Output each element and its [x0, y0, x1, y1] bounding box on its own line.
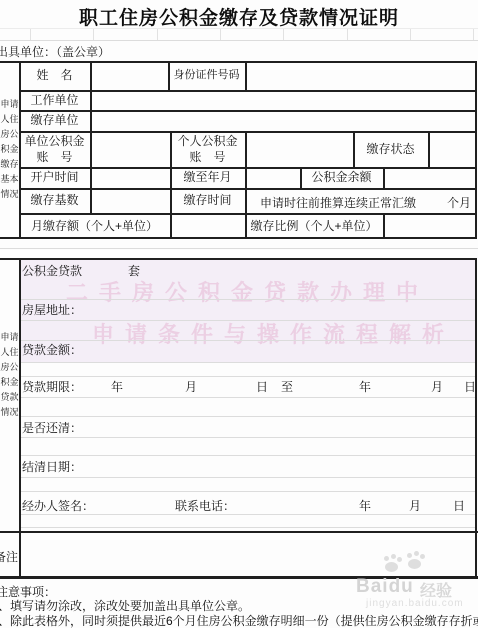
- term-day1-label: 日: [256, 378, 268, 395]
- grid-line: [21, 455, 475, 456]
- contact-phone-label: 联系电话：: [175, 497, 235, 514]
- section1-side-label: 申请人住房公积金缴存基本情况: [0, 63, 19, 271]
- page-title: 职工住房公积金缴存及贷款情况证明: [0, 3, 478, 30]
- work-unit-value-cell[interactable]: [92, 92, 473, 108]
- deposit-time-note: 申请时往前推算连续正常汇缴: [260, 194, 416, 211]
- open-date-label: 开户时间: [19, 167, 90, 188]
- monthly-amount-label: 月缴存额（个人+单位）: [19, 213, 170, 239]
- loan-count-value-cell[interactable]: [90, 260, 125, 276]
- id-number-value-cell[interactable]: [247, 63, 473, 88]
- personal-account-label: 个人公积金 账 号: [170, 131, 245, 167]
- term-year2-label: 年: [359, 378, 371, 395]
- deposit-status-value-cell[interactable]: [430, 133, 473, 165]
- deposit-unit-value-cell[interactable]: [92, 112, 473, 129]
- months-suffix: 个月: [447, 194, 471, 211]
- paw-icon: [384, 556, 389, 561]
- term-day2-label: 日: [464, 378, 476, 395]
- paw-icon: [397, 557, 402, 562]
- grid-line: [21, 362, 475, 363]
- grid-line: [21, 376, 475, 377]
- loan-unit-label: 套: [128, 262, 140, 279]
- personal-account-line1: 个人公积金: [177, 133, 237, 149]
- unit-account-label: 单位公积金 账 号: [19, 131, 90, 167]
- sign-month-label: 月: [409, 497, 421, 514]
- grid-line: [220, 29, 221, 40]
- deposit-base-label: 缴存基数: [19, 188, 90, 213]
- deposit-time-label: 缴存时间: [170, 188, 245, 213]
- grid-line: [410, 29, 411, 40]
- term-year1-label: 年: [111, 378, 123, 395]
- table-border: [0, 258, 477, 260]
- baidu-logo-text: Baidu: [356, 576, 414, 598]
- grid-line: [0, 248, 478, 249]
- sign-year-label: 年: [359, 497, 371, 514]
- issuer-line: 出具单位：（盖公章）: [0, 43, 110, 60]
- term-to-label: 至: [281, 378, 293, 395]
- balance-value-cell[interactable]: [385, 169, 473, 186]
- term-month2-label: 月: [431, 378, 443, 395]
- paw-icon: [391, 554, 396, 559]
- paw-icon: [414, 551, 419, 556]
- personal-account-value-cell[interactable]: [247, 133, 351, 165]
- grid-line: [21, 397, 475, 398]
- grid-line: [157, 29, 158, 40]
- house-address-label: 房屋地址：: [22, 301, 82, 318]
- deposit-ratio-value-cell[interactable]: [385, 215, 473, 235]
- grid-line: [21, 527, 475, 528]
- grid-line: [21, 416, 475, 417]
- grid-line: [283, 29, 284, 40]
- loan-label: 公积金贷款: [22, 262, 82, 279]
- paw-icon: [385, 562, 398, 572]
- unit-account-line2: 账 号: [36, 149, 72, 165]
- grid-line: [93, 29, 94, 40]
- notes-item-2: 二、除此表格外，同时须提供最近6个月住房公积金缴存明细一份（提供住房公积金缴存存…: [0, 612, 478, 628]
- grid-line: [347, 29, 348, 40]
- term-month1-label: 月: [185, 378, 197, 395]
- grid-line: [21, 320, 475, 321]
- table-border: [475, 531, 477, 578]
- paid-off-label: 是否还清：: [22, 419, 82, 436]
- remark-value-cell[interactable]: [21, 533, 473, 576]
- paid-to-label: 缴至年月: [170, 167, 245, 188]
- deposit-unit-label: 缴存单位: [19, 110, 90, 131]
- monthly-amount-value-cell[interactable]: [172, 215, 243, 235]
- loan-amount-label: 贷款金额：: [22, 341, 82, 358]
- table-border: [475, 61, 477, 239]
- deposit-base-value-cell[interactable]: [92, 190, 168, 211]
- loan-term-label: 贷款期限：: [22, 378, 82, 395]
- loan-amount-value-cell[interactable]: [85, 340, 473, 358]
- paw-icon: [407, 553, 412, 558]
- paid-off-value-cell[interactable]: [85, 418, 473, 436]
- baidu-url-text: jingyan.baidu.com: [366, 598, 464, 609]
- unit-account-value-cell[interactable]: [92, 133, 168, 165]
- grid-line: [30, 29, 31, 40]
- grid-line: [21, 437, 475, 438]
- grid-line: [21, 491, 475, 492]
- deposit-ratio-label: 缴存比例（个人+单位）: [245, 213, 383, 239]
- paw-icon: [420, 554, 425, 559]
- name-label: 姓 名: [19, 61, 90, 90]
- settle-date-label: 结清日期：: [22, 458, 82, 475]
- grid-line: [0, 28, 478, 29]
- settle-date-value-cell[interactable]: [85, 457, 473, 475]
- remark-label: 备注: [0, 548, 18, 565]
- work-unit-label: 工作单位: [19, 90, 90, 110]
- open-date-value-cell[interactable]: [92, 169, 168, 186]
- house-address-value-cell[interactable]: [85, 300, 473, 318]
- grid-line: [21, 514, 475, 515]
- handler-sign-label: 经办人签名：: [22, 497, 94, 514]
- sign-day-label: 日: [453, 497, 465, 514]
- unit-account-line1: 单位公积金: [24, 133, 84, 149]
- balance-label: 公积金余额: [300, 167, 383, 188]
- grid-line: [0, 40, 478, 41]
- grid-line: [473, 29, 474, 40]
- personal-account-line2: 账 号: [189, 149, 225, 165]
- paw-icon: [408, 559, 421, 569]
- name-value-cell[interactable]: [92, 63, 166, 88]
- deposit-status-label: 缴存状态: [353, 131, 428, 167]
- paid-to-value-cell[interactable]: [247, 169, 298, 186]
- id-number-label: 身份证件号码: [168, 61, 245, 90]
- grid-line: [21, 477, 475, 478]
